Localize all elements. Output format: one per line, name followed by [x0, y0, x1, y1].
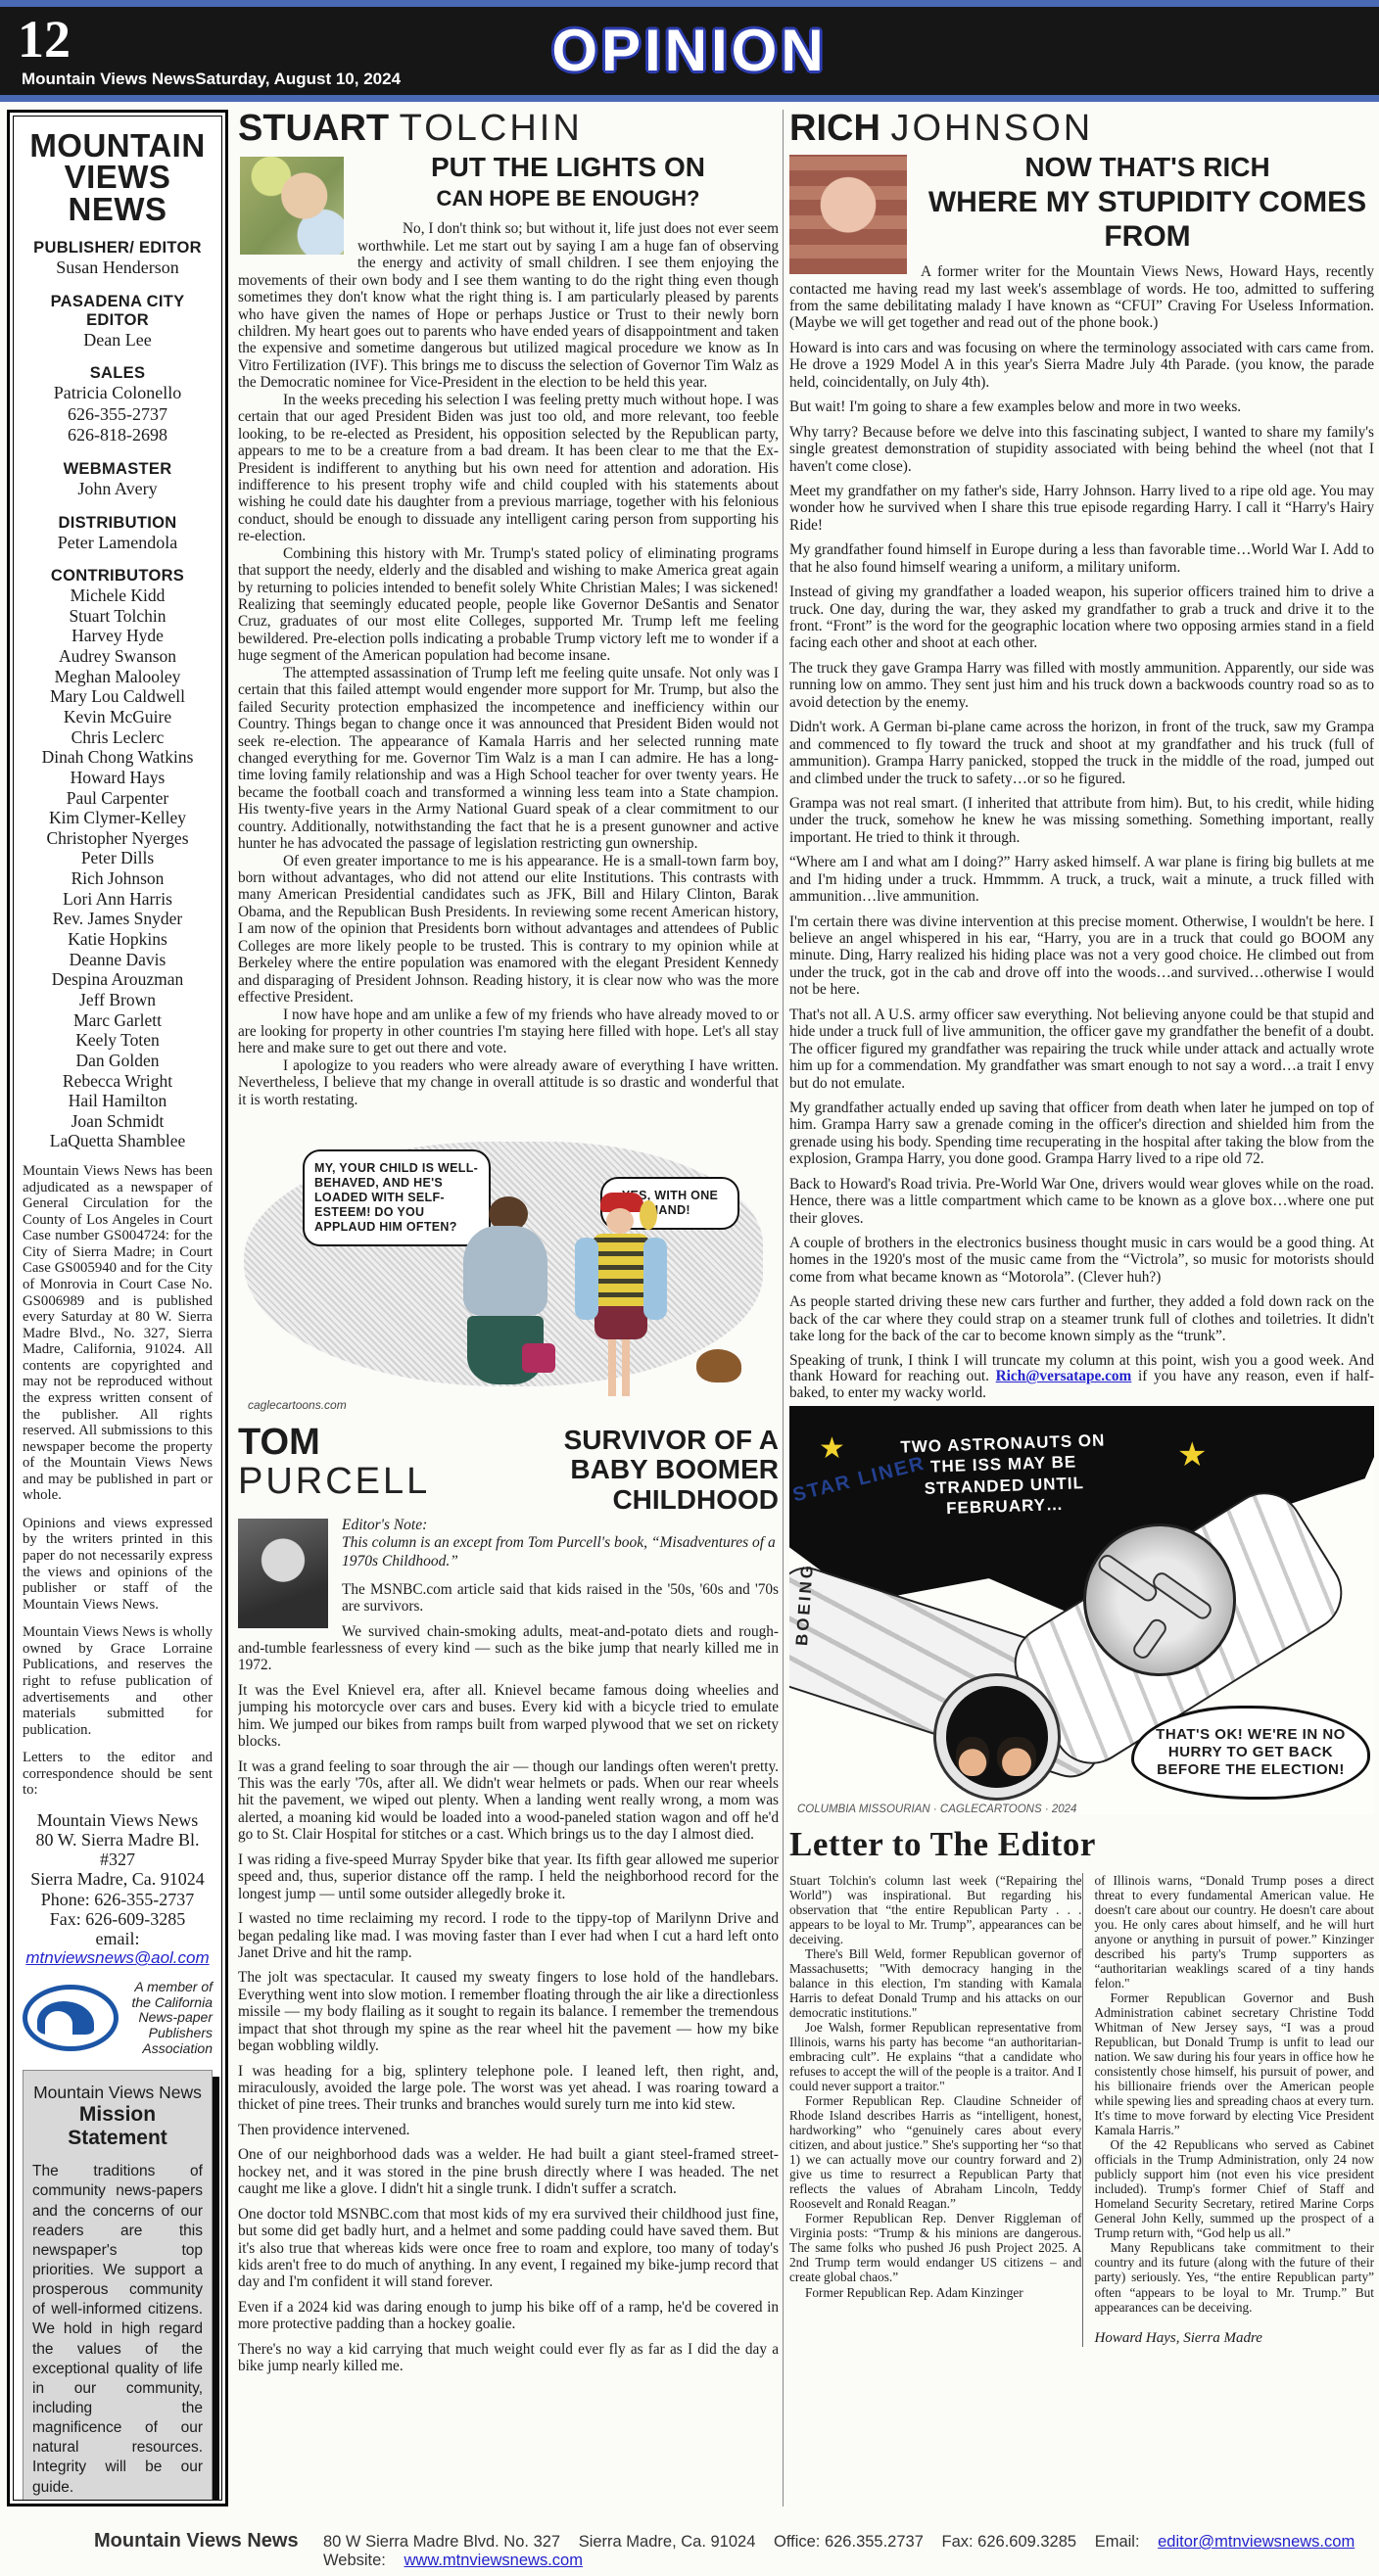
- stuart-article: No, I don't think so; but without it, li…: [238, 220, 779, 1108]
- staff-name: John Avery: [23, 479, 213, 500]
- contributor-name: Mary Lou Caldwell: [23, 686, 213, 707]
- article-paragraph: Then providence intervened.: [238, 2122, 779, 2138]
- article-paragraph: I'm certain there was divine interventio…: [789, 913, 1374, 999]
- bear-icon: [37, 2001, 94, 2035]
- author-last-name: PURCELL: [238, 1461, 430, 1502]
- stuart-author-name: STUART TOLCHIN: [238, 110, 779, 149]
- staff-name: Patricia Colonello: [23, 383, 213, 404]
- tom-article: The MSNBC.com article said that kids rai…: [238, 1581, 779, 2375]
- tom-headline: SURVIVOR OF A BABY BOOMER CHILDHOOD: [504, 1426, 779, 1515]
- article-paragraph: My grandfather found himself in Europe d…: [789, 541, 1374, 576]
- author-last-name: TOLCHIN: [400, 108, 583, 149]
- staff-block-publisher: PUBLISHER/ EDITOR Susan Henderson: [23, 239, 213, 279]
- contributor-name: Joan Schmidt: [23, 1111, 213, 1132]
- contributor-name: Rev. James Snyder: [23, 909, 213, 929]
- stuart-tolchin-photo: [240, 157, 344, 255]
- article-paragraph: I apologize to you readers who were alre…: [238, 1057, 779, 1108]
- sidebar-masthead: MOUNTAINVIEWSNEWS: [23, 130, 213, 225]
- article-paragraph: Combining this history with Mr. Trump's …: [238, 545, 779, 665]
- right-column: RICH JOHNSON NOW THAT'S RICH WHERE MY ST…: [789, 108, 1374, 2508]
- astronaut-face: [997, 1737, 1036, 1776]
- article-paragraph: That's not all. A U.S. army officer saw …: [789, 1007, 1374, 1092]
- mailing-address: Mountain Views News80 W. Sierra Madre Bl…: [23, 1810, 213, 1948]
- author-first-name: STUART: [238, 108, 389, 149]
- contributor-name: Christopher Nyerges: [23, 828, 213, 849]
- article-paragraph: I was riding a five-speed Murray Spyder …: [238, 1851, 779, 1902]
- rich-article: A former writer for the Mountain Views N…: [789, 263, 1374, 1345]
- article-paragraph: I now have hope and am unlike a few of m…: [238, 1007, 779, 1057]
- letter-paragraph: Stuart Tolchin's column last week (“Repa…: [789, 1873, 1082, 1946]
- rich-author-name: RICH JOHNSON: [789, 110, 1374, 149]
- letter-to-editor: Letter to The Editor Stuart Tolchin's co…: [789, 1827, 1374, 2346]
- staff-name: Dean Lee: [23, 330, 213, 351]
- article-paragraph: Why tarry? Because before we delve into …: [789, 424, 1374, 475]
- letter-paragraph: Former Republican Rep. Denver Riggleman …: [789, 2211, 1082, 2284]
- station-porthole: [936, 1676, 1058, 1798]
- cartoon-figure-woman-left: [463, 1196, 547, 1384]
- astronaut-face: [956, 1737, 989, 1776]
- contributor-name: Dan Golden: [23, 1051, 213, 1071]
- article-paragraph: There's no way a kid carrying that much …: [238, 2341, 779, 2375]
- article-paragraph: A couple of brothers in the electronics …: [789, 1235, 1374, 1286]
- article-paragraph: One doctor told MSNBC.com that most kids…: [238, 2206, 779, 2291]
- mission-body: The traditions of community news-papers …: [32, 2162, 203, 2497]
- masthead-sidebar: MOUNTAINVIEWSNEWS PUBLISHER/ EDITOR Susa…: [7, 110, 228, 2506]
- mission-title: Mission Statement: [32, 2103, 203, 2150]
- staff-name: 626-818-2698: [23, 425, 213, 446]
- article-paragraph: Meet my grandfather on my father's side,…: [789, 483, 1374, 534]
- footer-email-label: Email:: [1095, 2533, 1140, 2551]
- staff-block-sales: SALES Patricia Colonello626-355-2737626-…: [23, 364, 213, 446]
- cartoon-figure-kid: [696, 1349, 741, 1382]
- article-paragraph: It was a grand feeling to soar through t…: [238, 1758, 779, 1844]
- footer-office-phone: Office: 626.355.2737: [774, 2533, 924, 2551]
- letter-paragraph: Former Republican Rep. Adam Kinzinger: [789, 2285, 1082, 2300]
- staff-block-city-editor: PASADENA CITY EDITOR Dean Lee: [23, 293, 213, 351]
- opinion-header-bar: 12 Mountain Views NewsSaturday, August 1…: [0, 0, 1379, 102]
- article-paragraph: “Where am I and what am I doing?” Harry …: [789, 854, 1374, 905]
- article-paragraph: The jolt was spectacular. It caused my s…: [238, 1969, 779, 2054]
- contributor-name: Hail Hamilton: [23, 1091, 213, 1111]
- legal-paragraph: Opinions and views expressed by the writ…: [23, 1516, 213, 1613]
- contributor-name: Harvey Hyde: [23, 626, 213, 646]
- masthead-line: VIEWS: [23, 162, 213, 193]
- address-line: Phone: 626-355-2737: [23, 1890, 213, 1909]
- footer-website-label: Website:: [323, 2552, 386, 2569]
- contributor-name: Katie Hopkins: [23, 929, 213, 950]
- footer-address: 80 W Sierra Madre Blvd. No. 327: [323, 2533, 560, 2551]
- article-paragraph: Of even greater importance to me is his …: [238, 853, 779, 1007]
- editors-note-text: This column is an except from Tom Purcel…: [342, 1534, 776, 1569]
- footer-email-link[interactable]: editor@mtnviewsnews.com: [1158, 2533, 1355, 2551]
- contributor-name: Marc Garlett: [23, 1010, 213, 1031]
- star-icon: ★: [819, 1431, 845, 1466]
- article-paragraph: Back to Howard's Road trivia. Pre-World …: [789, 1176, 1374, 1227]
- article-paragraph: In the weeks preceding his selection I w…: [238, 392, 779, 545]
- article-paragraph: It was the Evel Knievel era, after all. …: [238, 1682, 779, 1751]
- tom-author-name: TOM PURCELL: [238, 1424, 504, 1502]
- article-paragraph: The truck they gave Grampa Harry was fil…: [789, 660, 1374, 711]
- staff-role: WEBMASTER: [23, 460, 213, 479]
- contributor-name: LaQuetta Shamblee: [23, 1131, 213, 1151]
- address-line: Fax: 626-609-3285: [23, 1909, 213, 1929]
- staff-name: Susan Henderson: [23, 258, 213, 279]
- contributor-name: Rebecca Wright: [23, 1071, 213, 1092]
- article-paragraph: But wait! I'm going to share a few examp…: [789, 398, 1374, 415]
- letter-paragraph: of Illinois warns, “Donald Trump poses a…: [1095, 1873, 1375, 1991]
- contributor-name: Dinah Chong Watkins: [23, 747, 213, 768]
- staff-block-webmaster: WEBMASTER John Avery: [23, 460, 213, 500]
- contributor-name: Keely Toten: [23, 1030, 213, 1051]
- author-first-name: RICH: [789, 108, 880, 149]
- contributor-name: Despina Arouzman: [23, 969, 213, 990]
- section-title: OPINION: [0, 17, 1379, 84]
- contributor-name: Kim Clymer-Kelley: [23, 808, 213, 828]
- contributor-name: Michele Kidd: [23, 585, 213, 606]
- article-paragraph: The attempted assassination of Trump lef…: [238, 665, 779, 853]
- contributor-name: Howard Hays: [23, 768, 213, 788]
- center-column: STUART TOLCHIN PUT THE LIGHTS ON CAN HOP…: [238, 108, 779, 2508]
- article-paragraph: I was heading for a big, splintery telep…: [238, 2063, 779, 2114]
- legal-notices: Mountain Views News has been adjudicated…: [23, 1163, 213, 1799]
- mission-statement-box: Mountain Views News Mission Statement Th…: [23, 2070, 213, 2501]
- staff-role: SALES: [23, 364, 213, 383]
- address-line: Sierra Madre, Ca. 91024: [23, 1869, 213, 1889]
- legal-paragraph: Mountain Views News is wholly owned by G…: [23, 1624, 213, 1738]
- address-line: 80 W. Sierra Madre Bl. #327: [23, 1830, 213, 1869]
- footer-contact-line: 80 W Sierra Madre Blvd. No. 327 Sierra M…: [323, 2533, 1379, 2570]
- article-paragraph: Didn't work. A German bi-plane came acro…: [789, 719, 1374, 787]
- cartoon-credit: caglecartoons.com: [248, 1398, 347, 1412]
- masthead-sidebar-inner: MOUNTAINVIEWSNEWS PUBLISHER/ EDITOR Susa…: [13, 116, 222, 2501]
- applaud-cartoon: MY, YOUR CHILD IS WELL-BEHAVED, AND HE'S…: [238, 1116, 779, 1412]
- letter-paragraph: Former Republican Rep. Claudine Schneide…: [789, 2093, 1082, 2211]
- rich-closing-paragraph: Speaking of trunk, I think I will trunca…: [789, 1353, 1374, 1402]
- staff-name: Peter Lamendola: [23, 533, 213, 554]
- editors-note-label: Editor's Note:: [342, 1517, 427, 1533]
- contributors-list: Michele KiddStuart TolchinHarvey HydeAud…: [23, 585, 213, 1151]
- mission-title-paper: Mountain Views News: [32, 2083, 203, 2103]
- article-paragraph: Grampa was not real smart. (I inherited …: [789, 795, 1374, 846]
- address-line: Mountain Views News: [23, 1810, 213, 1830]
- contributor-name: Kevin McGuire: [23, 707, 213, 727]
- staff-name: 626-355-2737: [23, 404, 213, 426]
- staff-role: PUBLISHER/ EDITOR: [23, 239, 213, 258]
- contributor-name: Paul Carpenter: [23, 788, 213, 809]
- footer-city: Sierra Madre, Ca. 91024: [579, 2533, 756, 2551]
- letter-column-right: of Illinois warns, “Donald Trump poses a…: [1082, 1873, 1375, 2346]
- contributor-name: Deanne Davis: [23, 950, 213, 970]
- legal-paragraph: Mountain Views News has been adjudicated…: [23, 1163, 213, 1504]
- letter-paragraph: Former Republican Governor and Bush Admi…: [1095, 1991, 1375, 2137]
- article-paragraph: Even if a 2024 kid was daring enough to …: [238, 2299, 779, 2333]
- contributor-name: Chris Leclerc: [23, 727, 213, 748]
- star-icon: ★: [1177, 1435, 1207, 1475]
- cartoon-credit: COLUMBIA MISSOURIAN · CAGLECARTOONS · 20…: [797, 1803, 1076, 1815]
- newspaper-page: 12 Mountain Views NewsSaturday, August 1…: [0, 0, 1379, 2576]
- contributor-name: Rich Johnson: [23, 868, 213, 889]
- article-paragraph: We survived chain-smoking adults, meat-a…: [238, 1623, 779, 1674]
- letter-signature: Howard Hays, Sierra Madre: [1095, 2330, 1375, 2347]
- article-paragraph: One of our neighborhood dads was a welde…: [238, 2146, 779, 2197]
- contributor-name: Meghan Malooley: [23, 667, 213, 687]
- legal-paragraph: Letters to the editor and correspondence…: [23, 1750, 213, 1799]
- author-first-name: TOM: [238, 1422, 320, 1463]
- letter-paragraph: Joe Walsh, former Republican representat…: [789, 2020, 1082, 2093]
- letter-column-left: Stuart Tolchin's column last week (“Repa…: [789, 1873, 1082, 2346]
- masthead-line: MOUNTAIN: [23, 130, 213, 162]
- contributor-name: Peter Dills: [23, 848, 213, 868]
- contributor-name: Stuart Tolchin: [23, 606, 213, 627]
- speech-bubble: THAT'S OK! WE'RE IN NO HURRY TO GET BACK…: [1131, 1706, 1370, 1800]
- rich-johnson-photo: [789, 155, 907, 274]
- article-paragraph: Howard is into cars and was focusing on …: [789, 340, 1374, 391]
- article-paragraph: I wasted no time reclaiming my record. I…: [238, 1910, 779, 1961]
- footer-paper-name: Mountain Views News: [94, 2530, 299, 2553]
- address-line: email:: [23, 1929, 213, 1948]
- column-divider: [783, 110, 784, 2506]
- cartoon-figure-woman-right: [583, 1193, 649, 1396]
- cnpa-logo-icon: [23, 1985, 119, 2051]
- page-footer: Mountain Views News 80 W Sierra Madre Bl…: [0, 2518, 1379, 2576]
- contributor-name: Jeff Brown: [23, 990, 213, 1010]
- contributor-name: Lori Ann Harris: [23, 889, 213, 910]
- masthead-line: NEWS: [23, 194, 213, 225]
- contributors-heading: CONTRIBUTORS: [23, 567, 213, 585]
- letter-paragraph: Of the 42 Republicans who served as Cabi…: [1095, 2137, 1375, 2240]
- footer-website-link[interactable]: www.mtnviewsnews.com: [404, 2552, 582, 2569]
- article-paragraph: Instead of giving my grandfather a loade…: [789, 584, 1374, 652]
- letter-paragraph: Many Republicans take commitment to thei…: [1095, 2240, 1375, 2314]
- article-paragraph: My grandfather actually ended up saving …: [789, 1100, 1374, 1168]
- author-last-name: JOHNSON: [890, 108, 1093, 149]
- cnpa-membership: A member of the California News-paper Pu…: [23, 1980, 213, 2056]
- rich-email-link[interactable]: Rich@versatape.com: [996, 1368, 1132, 1384]
- iss-cartoon: ★ ★ TWO ASTRONAUTS ON THE ISS MAY BE STR…: [789, 1406, 1374, 1815]
- sidebar-email-link[interactable]: mtnviewsnews@aol.com: [25, 1948, 209, 1967]
- cnpa-label: A member of the California News-paper Pu…: [124, 1980, 213, 2056]
- footer-fax: Fax: 626.609.3285: [941, 2533, 1076, 2551]
- staff-role: DISTRIBUTION: [23, 514, 213, 533]
- contributor-name: Audrey Swanson: [23, 646, 213, 667]
- staff-block-distribution: DISTRIBUTION Peter Lamendola: [23, 514, 213, 554]
- tom-purcell-photo: [238, 1519, 328, 1628]
- article-paragraph: As people started driving these new cars…: [789, 1293, 1374, 1344]
- letter-paragraph: There's Bill Weld, former Republican gov…: [789, 1946, 1082, 2020]
- staff-role: PASADENA CITY EDITOR: [23, 293, 213, 330]
- tom-header: TOM PURCELL SURVIVOR OF A BABY BOOMER CH…: [238, 1422, 779, 1515]
- letter-title: Letter to The Editor: [789, 1827, 1374, 1861]
